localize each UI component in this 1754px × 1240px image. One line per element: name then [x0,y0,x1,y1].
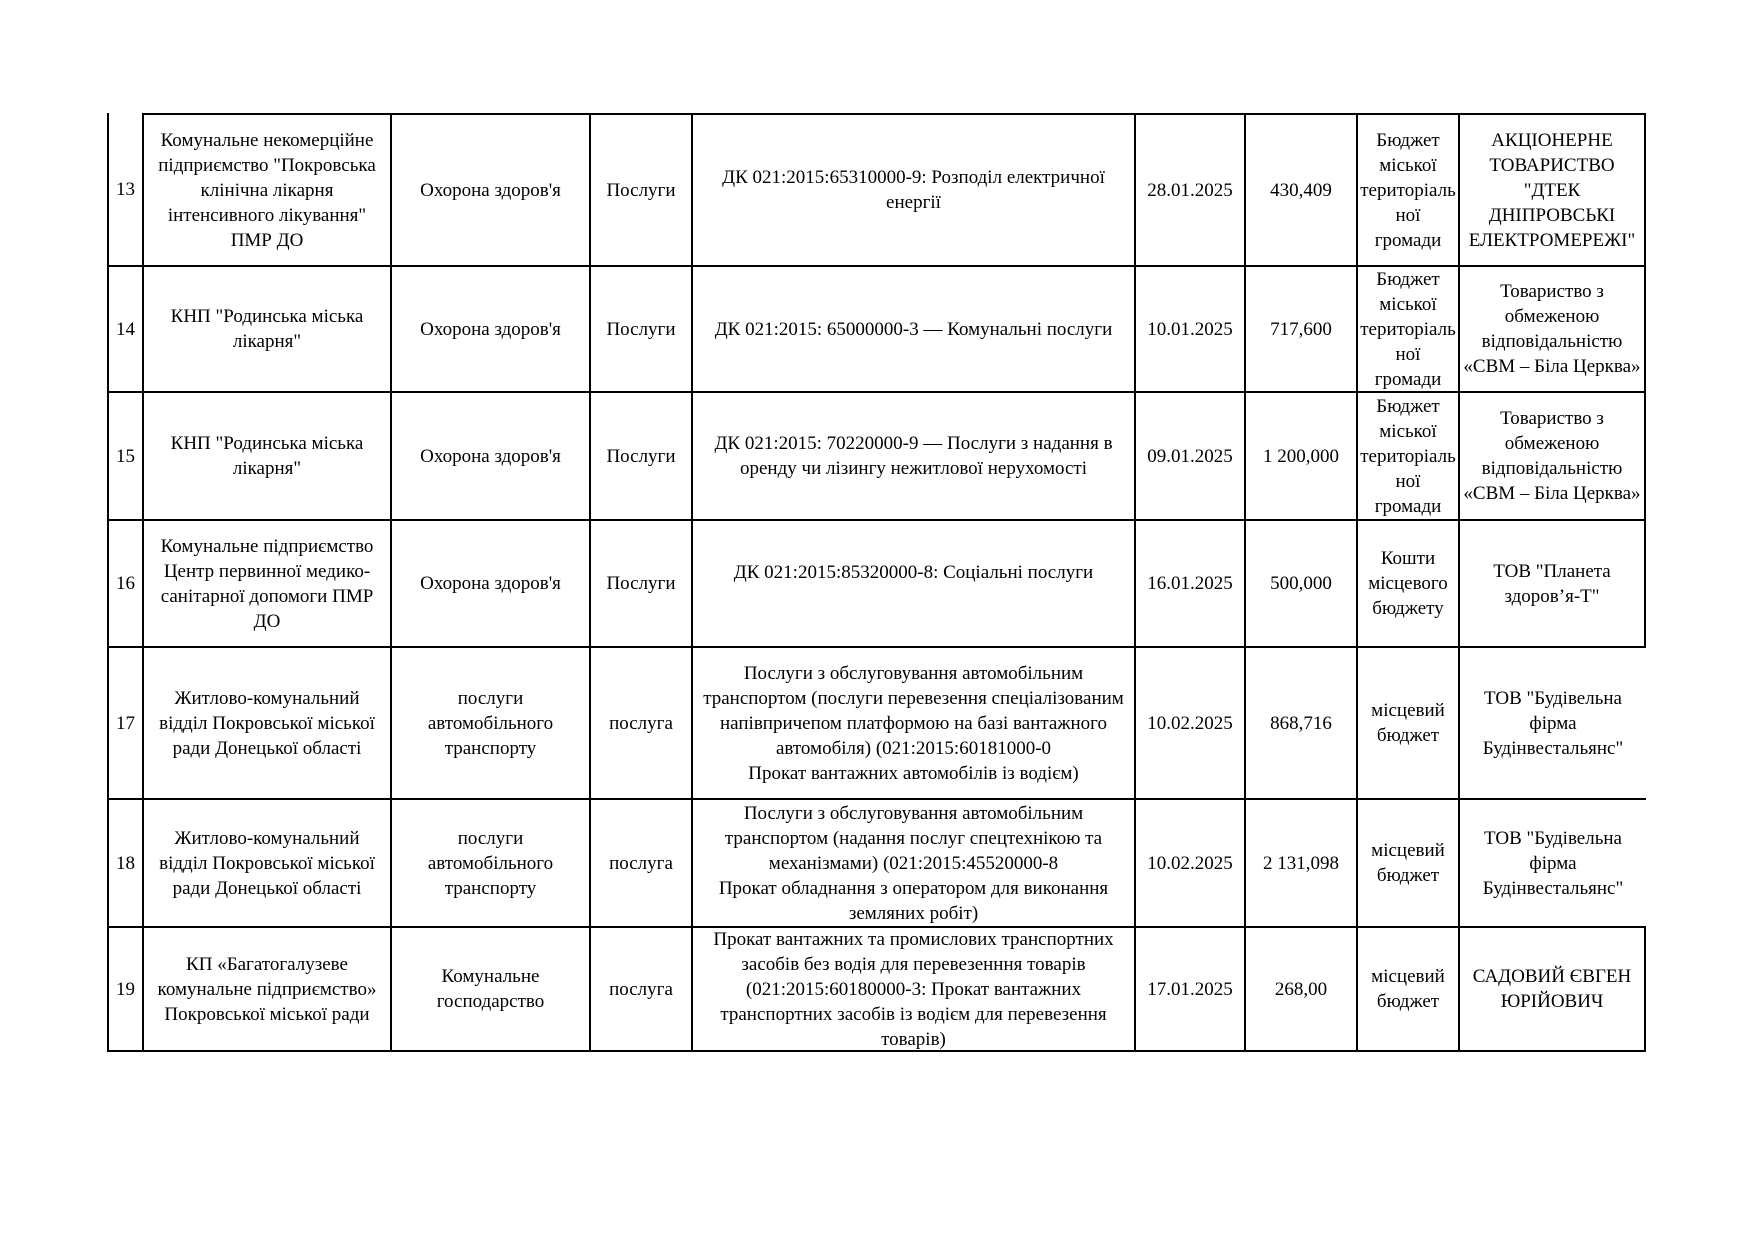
sector: Охорона здоров'я [390,519,589,646]
contract-amount: 868,716 [1244,646,1356,798]
supplier-name: ТОВ "Будівельна фірма Будінвестальянс" [1458,646,1646,798]
procurement-type: послуга [589,646,691,798]
sector: послуги автомобільного транспорту [390,798,589,926]
funding-source: Кошти місцевого бюджету [1356,519,1458,646]
customer-name: Житлово-комунальний відділ Покровської м… [142,646,390,798]
procurement-type: послуга [589,926,691,1052]
procurement-subject: ДК 021:2015:65310000-9: Розподіл електри… [691,113,1134,265]
procurement-type: Послуги [589,265,691,391]
supplier-name: Товариство з обмеженою відповідальністю … [1458,391,1646,519]
contract-date: 09.01.2025 [1134,391,1244,519]
sector: Комунальне господарство [390,926,589,1052]
row-number: 14 [107,265,142,391]
customer-name: Комунальне некомерційне підприємство "По… [142,113,390,265]
supplier-name: ТОВ "Будівельна фірма Будінвестальянс" [1458,798,1646,926]
procurement-table: 13 Комунальне некомерційне підприємство … [107,113,1646,1052]
funding-source: Бюджет міської територіальної громади [1356,391,1458,519]
contract-date: 17.01.2025 [1134,926,1244,1052]
customer-name: Комунальне підприємство Центр первинної … [142,519,390,646]
procurement-subject: ДК 021:2015:85320000-8: Соціальні послуг… [691,519,1134,646]
row-number: 13 [107,113,142,265]
supplier-name: Товариство з обмеженою відповідальністю … [1458,265,1646,391]
document-page: 13 Комунальне некомерційне підприємство … [0,0,1754,1240]
contract-date: 10.02.2025 [1134,798,1244,926]
row-number: 17 [107,646,142,798]
funding-source: Бюджет міської територіальної громади [1356,113,1458,265]
supplier-name: САДОВИЙ ЄВГЕН ЮРІЙОВИЧ [1458,926,1646,1052]
procurement-type: Послуги [589,113,691,265]
contract-amount: 430,409 [1244,113,1356,265]
funding-source: місцевий бюджет [1356,646,1458,798]
supplier-name: АКЦІОНЕРНЕ ТОВАРИСТВО "ДТЕК ДНІПРОВСЬКІ … [1458,113,1646,265]
sector: послуги автомобільного транспорту [390,646,589,798]
supplier-name: ТОВ "Планета здоров’я-Т" [1458,519,1646,646]
customer-name: КНП "Родинська міська лікарня" [142,391,390,519]
procurement-type: послуга [589,798,691,926]
contract-date: 10.02.2025 [1134,646,1244,798]
procurement-type: Послуги [589,519,691,646]
customer-name: Житлово-комунальний відділ Покровської м… [142,798,390,926]
contract-amount: 1 200,000 [1244,391,1356,519]
row-number: 18 [107,798,142,926]
funding-source: місцевий бюджет [1356,926,1458,1052]
contract-amount: 2 131,098 [1244,798,1356,926]
contract-amount: 268,00 [1244,926,1356,1052]
procurement-subject: Послуги з обслуговування автомобільним т… [691,798,1134,926]
contract-amount: 500,000 [1244,519,1356,646]
customer-name: КП «Багатогалузеве комунальне підприємст… [142,926,390,1052]
procurement-subject: ДК 021:2015: 65000000-3 — Комунальні пос… [691,265,1134,391]
customer-name: КНП "Родинська міська лікарня" [142,265,390,391]
sector: Охорона здоров'я [390,113,589,265]
row-number: 16 [107,519,142,646]
sector: Охорона здоров'я [390,391,589,519]
contract-amount: 717,600 [1244,265,1356,391]
contract-date: 10.01.2025 [1134,265,1244,391]
contract-date: 16.01.2025 [1134,519,1244,646]
procurement-subject: Прокат вантажних та промислових транспор… [691,926,1134,1052]
funding-source: Бюджет міської територіальної громади [1356,265,1458,391]
funding-source: місцевий бюджет [1356,798,1458,926]
sector: Охорона здоров'я [390,265,589,391]
row-number: 19 [107,926,142,1052]
procurement-subject: Послуги з обслуговування автомобільним т… [691,646,1134,798]
procurement-subject: ДК 021:2015: 70220000-9 — Послуги з нада… [691,391,1134,519]
procurement-type: Послуги [589,391,691,519]
contract-date: 28.01.2025 [1134,113,1244,265]
row-number: 15 [107,391,142,519]
